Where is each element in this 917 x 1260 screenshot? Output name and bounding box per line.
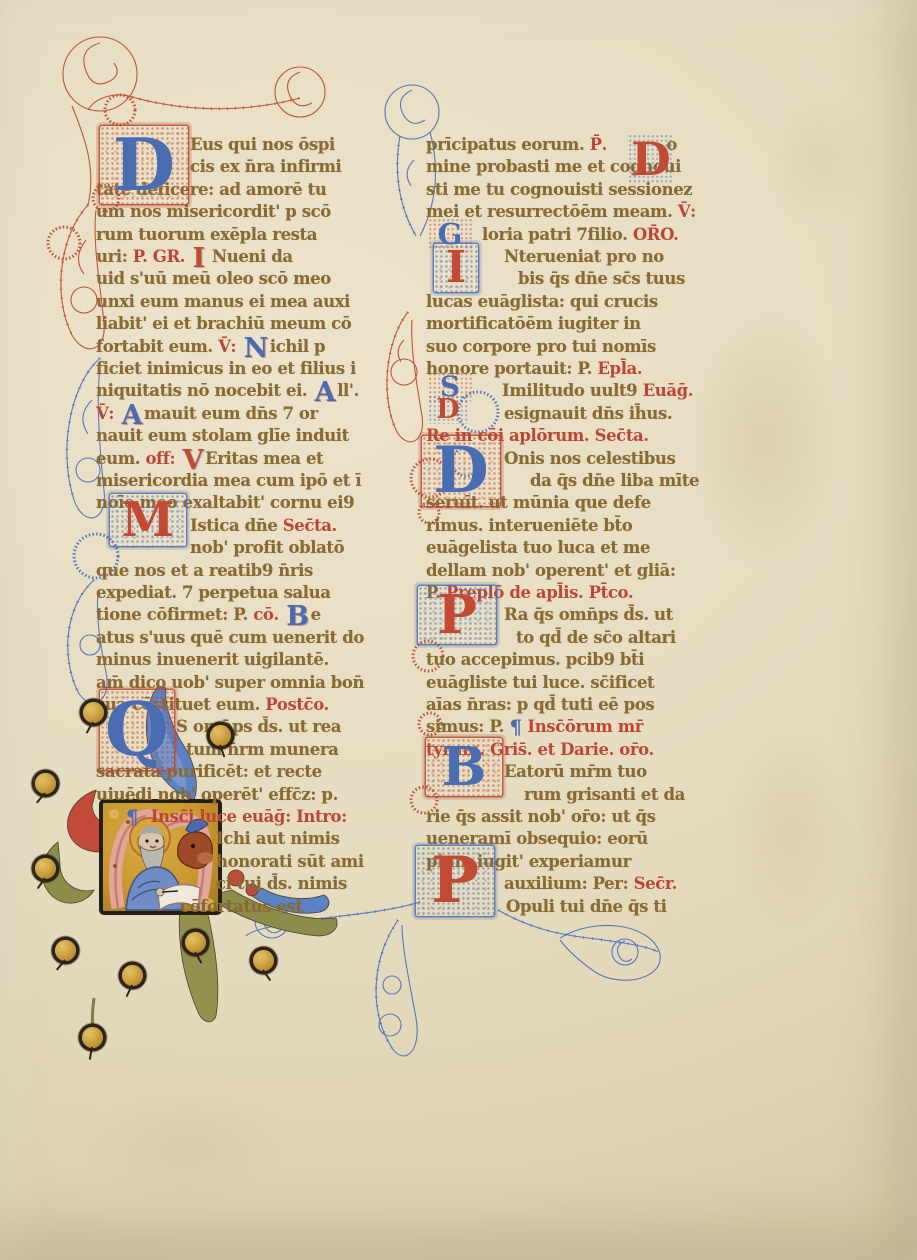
text-line: que nos et a reatib9 n̄ris xyxy=(96,560,362,582)
decorated-initial-interveniat: I xyxy=(434,244,478,292)
decorated-initial-deus: D xyxy=(100,126,188,204)
text-segment: Sec̄ta. xyxy=(283,516,337,535)
bezant-hairline xyxy=(88,1046,92,1059)
text-segment: minus inuenerit uigilantē. xyxy=(96,650,329,669)
decorated-initial-presta: P xyxy=(418,586,496,644)
versal-initial: I xyxy=(192,252,204,266)
text-segment: Insc̄ōrum mr̄ xyxy=(522,717,643,736)
versal-initial: A xyxy=(121,409,142,423)
text-line: mortificatōēm iugiter in xyxy=(426,313,694,335)
text-line: Ichi aut nimis xyxy=(96,828,362,850)
text-segment: Eritas mea et xyxy=(205,449,323,468)
initial-letter: D xyxy=(433,439,489,503)
text-segment: suo corpore pro tui nomīs xyxy=(426,337,656,356)
text-segment: e xyxy=(311,605,321,624)
text-line: aīas n̄ras: p qd̄ tuti eē pos xyxy=(426,694,694,716)
text-line: fortabit eum. V̄: Nichil p xyxy=(96,336,362,358)
bezant-hairline xyxy=(55,959,65,970)
text-line: misericordia mea cum ipō et ī xyxy=(96,470,362,492)
text-segment: uiuēdi nob' operēt' effc̄z: p. xyxy=(96,785,338,804)
text-line: unxi eum manus ei mea auxi xyxy=(96,291,362,313)
decorated-initial-domine: D xyxy=(628,134,674,184)
text-line: dellam nob' operent' et gliā: xyxy=(426,560,694,582)
initial-letter: D xyxy=(631,136,671,182)
gold-bezant xyxy=(253,950,274,971)
text-segment: nob' profit oblatō xyxy=(190,538,344,557)
text-segment: prīcipatus eorum. xyxy=(426,135,590,154)
text-segment: V̄: xyxy=(218,337,241,356)
initial-letter: P xyxy=(431,849,479,913)
text-segment: Ichi aut nimis xyxy=(216,829,340,848)
text-segment: misericordia mea cum ipō et ī xyxy=(96,471,361,490)
text-line: rie q̄s assit nob' or̄o: ut q̄s xyxy=(426,806,694,828)
text-segment: atus s'uus quē cum uenerit do xyxy=(96,628,364,647)
decorated-initial-quos: Q xyxy=(100,690,174,770)
text-line: cōfortatus est xyxy=(96,896,362,918)
text-segment: aīas n̄ras: p qd̄ tuti eē pos xyxy=(426,695,654,714)
text-line: uid s'uū meū oleo scō meo xyxy=(96,268,362,290)
text-segment: simus: P. xyxy=(426,717,509,736)
text-segment: nauit eum stolam glīe induit xyxy=(96,426,349,445)
text-segment: P. GR. xyxy=(133,247,191,266)
text-segment: ci tui d̄s. nimis xyxy=(216,874,347,893)
decorated-initial-designavit: D xyxy=(428,395,468,424)
text-segment: liabit' ei et brachiū meum cō xyxy=(96,314,351,333)
text-segment: cōfortatus est xyxy=(180,897,303,916)
text-line: ¶Insc̄i luce euāḡ: Intro: xyxy=(96,806,362,828)
text-segment: loria patri 7filio. xyxy=(482,225,633,244)
text-segment: auxilium: Per: xyxy=(504,874,634,893)
text-segment: Ra q̄s omn̄ps d̄s. ut xyxy=(504,605,673,624)
text-segment: Opuli tui dn̄e q̄s ti xyxy=(506,897,666,916)
text-line: rum tuorum exēpla resta xyxy=(96,224,362,246)
bezant-hairline xyxy=(125,984,132,997)
text-segment: que nos et a reatib9 n̄ris xyxy=(96,561,313,580)
text-segment: to qd̄ de sc̄o altari xyxy=(516,628,676,647)
text-segment: honorati sūt ami xyxy=(216,852,364,871)
initial-letter: D xyxy=(436,396,459,423)
paraph-mark: ¶ xyxy=(509,715,522,739)
text-segment: esignauit dn̄s ih̄us. xyxy=(504,404,672,423)
text-segment: Epl̄a. xyxy=(597,359,642,378)
text-segment: Nueni da xyxy=(207,247,293,266)
text-line: tuo accepimus. pcib9 bt̄i xyxy=(426,649,694,671)
text-segment: OR̄O. xyxy=(633,225,679,244)
text-segment: rie q̄s assit nob' or̄o: ut q̄s xyxy=(426,807,656,826)
text-segment: Imilitudo uult9 xyxy=(502,381,643,400)
text-segment: Euāḡ. xyxy=(643,381,694,400)
initial-letter: Q xyxy=(105,693,169,767)
text-line: eum. off: VEritas mea et xyxy=(96,448,362,470)
initial-letter: B xyxy=(442,741,487,794)
gold-bezant xyxy=(185,932,206,953)
text-line: ci tui d̄s. nimis xyxy=(96,873,362,895)
initial-letter: D xyxy=(113,129,175,201)
text-segment: tione cōfirmet: P. xyxy=(96,605,253,624)
text-line: atus s'uus quē cum uenerit do xyxy=(96,627,362,649)
text-segment: euāgelista tuo luca et me xyxy=(426,538,650,557)
text-segment: uri: xyxy=(96,247,133,266)
text-segment: euāgliste tui luce. sc̄ificet xyxy=(426,673,654,692)
decorated-initial-mistica: M xyxy=(110,494,186,546)
text-segment: Nterueniat pro no xyxy=(504,247,664,266)
text-segment: ficiet inimicus in eo et filius i xyxy=(96,359,356,378)
text-line: uri: P. GR. I Nueni da xyxy=(96,246,362,268)
text-segment: off: xyxy=(145,449,180,468)
text-segment: uid s'uū meū oleo scō meo xyxy=(96,269,331,288)
text-segment: unxi eum manus ei mea auxi xyxy=(96,292,350,311)
text-segment: tuo accepimus. pcib9 bt̄i xyxy=(426,650,644,669)
versal-initial: A xyxy=(315,386,336,400)
gold-bezant xyxy=(35,858,56,879)
bezant-hairline xyxy=(85,721,93,733)
text-line: liabit' ei et brachiū meum cō xyxy=(96,313,362,335)
initial-letter: I xyxy=(446,246,467,290)
text-line: rimus. interueniēte bt̄o xyxy=(426,515,694,537)
text-segment: Istica dn̄e xyxy=(190,516,283,535)
text-segment: rum grisanti et da xyxy=(524,785,685,804)
initial-letter: P xyxy=(437,589,477,642)
text-line: expediat. 7 perpetua salua xyxy=(96,582,362,604)
text-line: nauit eum stolam glīe induit xyxy=(96,425,362,447)
text-segment: mauit eum dn̄s 7 or xyxy=(144,404,318,423)
gold-bezant xyxy=(83,702,104,723)
text-line: uiuēdi nob' operēt' effc̄z: p. xyxy=(96,784,362,806)
paraph-mark: ¶ xyxy=(126,805,139,829)
text-segment: Onis nos celestibus xyxy=(504,449,675,468)
blue-bottom-flourish xyxy=(246,902,660,1056)
text-line: suo corpore pro tui nomīs xyxy=(426,336,694,358)
decorated-initial-donis: D xyxy=(422,436,500,506)
text-line: lucas euāglista: qui crucis xyxy=(426,291,694,313)
text-line: V̄: Amauit eum dn̄s 7 or xyxy=(96,403,362,425)
text-segment: cō. xyxy=(253,605,284,624)
bezant-hairline xyxy=(262,969,271,981)
decorated-initial-beatorum: B xyxy=(426,738,502,796)
gold-bezant xyxy=(210,725,231,746)
text-segment: Sec̄r. xyxy=(634,874,677,893)
gold-bezant xyxy=(122,965,143,986)
parchment-stain xyxy=(740,60,900,260)
text-segment: S omn̄ps d̄s. ut rea xyxy=(176,717,341,736)
text-segment: P̄. xyxy=(590,135,613,154)
text-line: tione cōfirmet: P. cō. Be xyxy=(96,604,362,626)
text-line: euāgliste tui luce. sc̄ificet xyxy=(426,672,694,694)
versal-initial: B xyxy=(286,610,308,624)
manuscript-page: Eus qui nos ōspicis ex n̄ra infirmitate … xyxy=(0,0,917,1260)
parchment-stain xyxy=(700,680,880,980)
text-segment: V̄: xyxy=(678,202,696,221)
text-segment: Postc̄o. xyxy=(265,695,329,714)
versal-initial: N xyxy=(244,342,268,356)
text-line: minus inuenerit uigilantē. xyxy=(96,649,362,671)
text-segment: dellam nob' operent' et gliā: xyxy=(426,561,676,580)
text-segment: mortificatōēm iugiter in xyxy=(426,314,641,333)
decorated-initial-populi: P xyxy=(416,846,494,916)
text-segment: V̄: xyxy=(96,404,119,423)
gold-bezant xyxy=(82,1027,103,1048)
gold-bezant xyxy=(35,773,56,794)
text-segment: Eus qui nos ōspi xyxy=(190,135,335,154)
text-segment: ichil p xyxy=(270,337,325,356)
text-segment: tum n̄rm munera xyxy=(186,740,338,759)
text-segment: niquitatis nō nocebit ei. xyxy=(96,381,313,400)
gold-bezant xyxy=(55,940,76,961)
text-line: honorati sūt ami xyxy=(96,851,362,873)
text-segment: ll'. xyxy=(337,381,359,400)
parchment-stain xyxy=(30,1060,350,1230)
text-segment: rimus. interueniēte bt̄o xyxy=(426,516,632,535)
text-segment: cis ex n̄ra infirmi xyxy=(190,157,341,176)
text-segment: fortabit eum. xyxy=(96,337,218,356)
text-segment: eum. xyxy=(96,449,145,468)
text-segment: Eatorū mr̄m tuo xyxy=(504,762,647,781)
text-segment: expediat. 7 perpetua salua xyxy=(96,583,331,602)
text-segment: da q̄s dn̄e liba mīte xyxy=(530,471,699,490)
text-line: euāgelista tuo luca et me xyxy=(426,537,694,559)
text-segment: lucas euāglista: qui crucis xyxy=(426,292,658,311)
versal-initial: V xyxy=(183,454,204,468)
initial-letter: M xyxy=(121,496,174,544)
text-segment: bis q̄s dn̄e sc̄s tuus xyxy=(518,269,685,288)
text-segment: rum tuorum exēpla resta xyxy=(96,225,317,244)
bezant-hairline xyxy=(35,792,45,803)
bezant-hairline xyxy=(36,877,45,889)
text-segment: Insc̄i luce euāḡ: Intro: xyxy=(151,807,347,826)
bezant-hairline xyxy=(194,951,202,963)
